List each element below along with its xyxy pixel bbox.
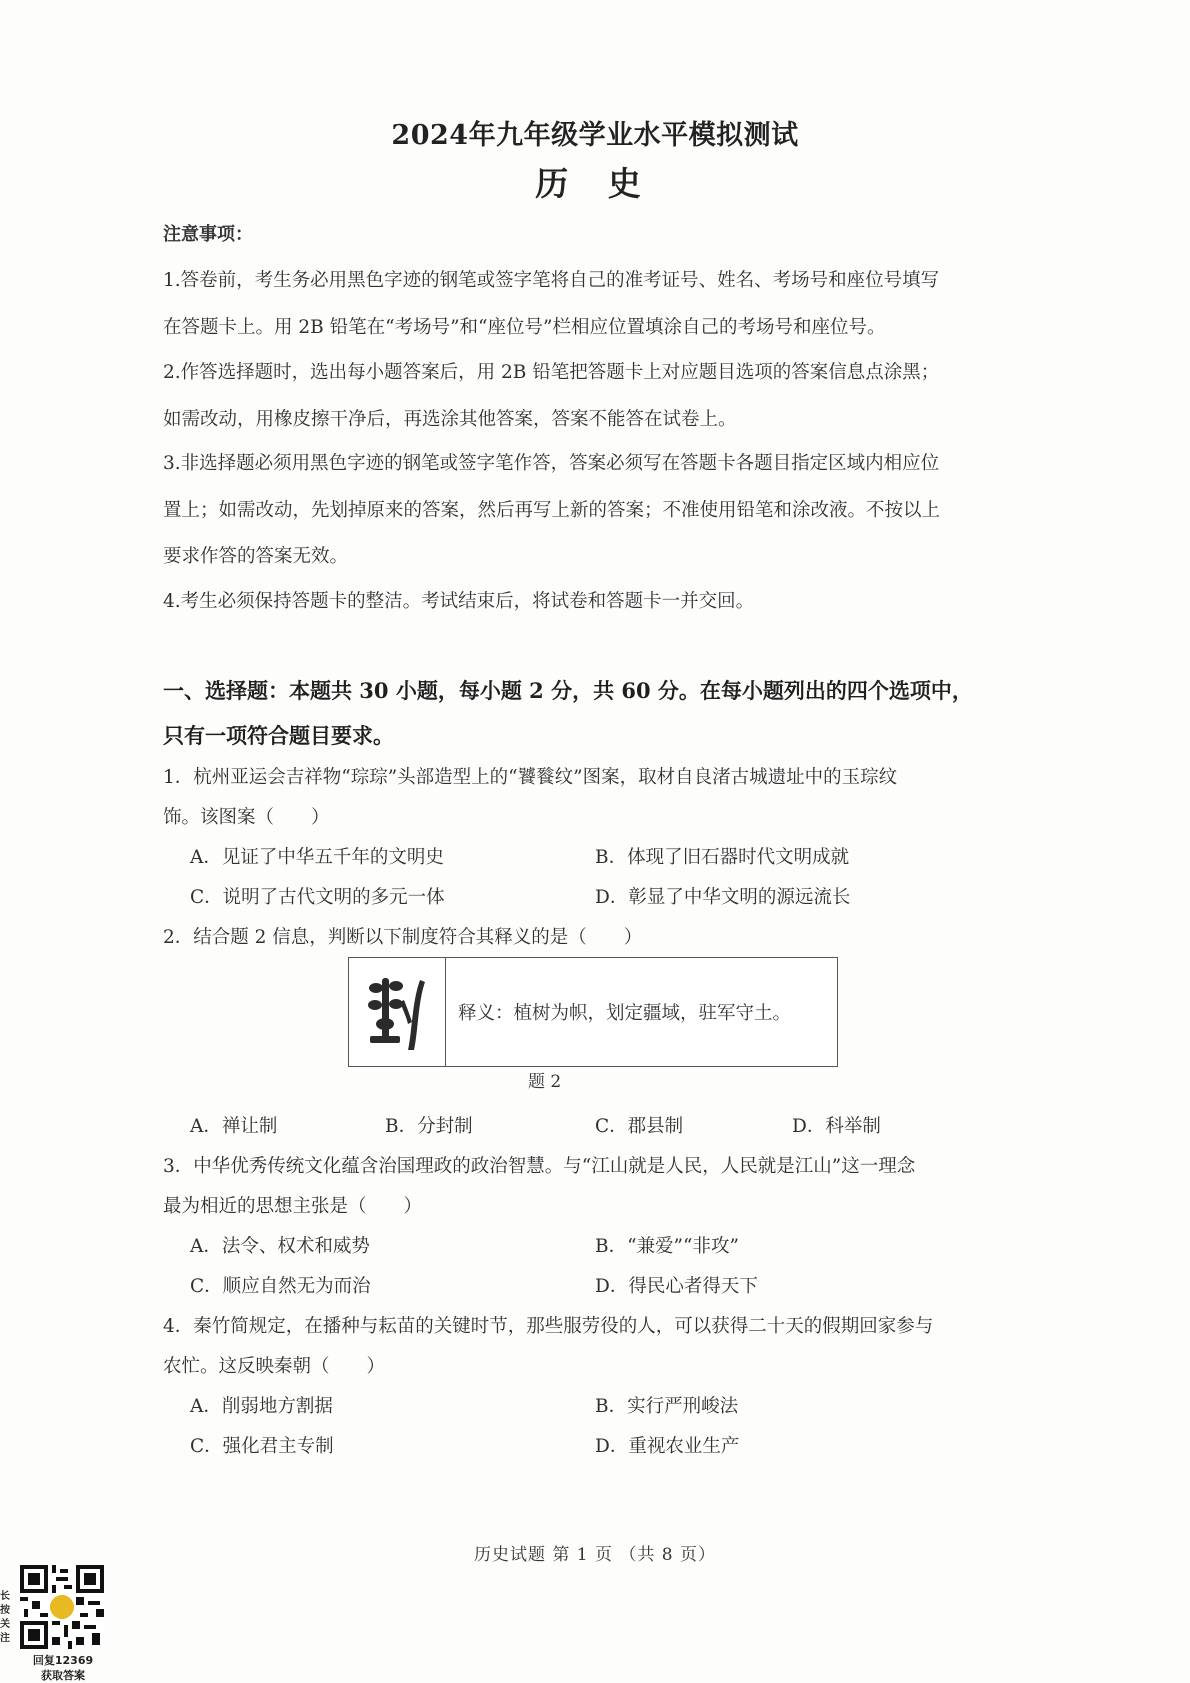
question-3-stem: 3．中华优秀传统文化蕴含治国理政的政治智慧。与“江山就是人民，人民就是江山”这一… [163, 1152, 915, 1178]
notice-line: 要求作答的答案无效。 [163, 542, 348, 568]
glyph-definition: 释义：植树为帜，划定疆域，驻军守土。 [446, 958, 837, 1066]
subject-title: 历 史 [0, 158, 1190, 205]
question-3-option-c: C．顺应自然无为而治 [190, 1272, 371, 1298]
question-1-option-a: A．见证了中华五千年的文明史 [190, 843, 444, 869]
question-4-option-d: D．重视农业生产 [595, 1432, 739, 1458]
question-4-stem: 农忙。这反映秦朝（ ） [163, 1352, 385, 1378]
notice-line: 如需改动，用橡皮擦干净后，再选涂其他答案，答案不能答在试卷上。 [163, 405, 737, 431]
notice-line: 2.作答选择题时，选出每小题答案后，用 2B 铅笔把答题卡上对应题目选项的答案信… [163, 358, 939, 384]
question-2-option-b: B．分封制 [385, 1112, 473, 1138]
qr-caption: 回复12369 [18, 1652, 108, 1668]
notice-line: 3.非选择题必须用黑色字迹的钢笔或签字笔作答，答案必须写在答题卡各题目指定区域内… [163, 449, 939, 475]
notice-line: 置上；如需改动，先划掉原来的答案，然后再写上新的答案；不准使用铅笔和涂改液。不按… [163, 496, 940, 522]
section-heading: 只有一项符合题目要求。 [163, 720, 394, 750]
question-3-option-d: D．得民心者得天下 [595, 1272, 758, 1298]
question-2-option-d: D．科举制 [792, 1112, 881, 1138]
question-4-option-b: B．实行严刑峻法 [595, 1392, 738, 1418]
question-3-stem: 最为相近的思想主张是（ ） [163, 1192, 422, 1218]
exam-title: 2024年九年级学业水平模拟测试 [0, 113, 1190, 152]
notice-line: 在答题卡上。用 2B 铅笔在“考场号”和“座位号”栏相应位置填涂自己的考场号和座… [163, 313, 885, 339]
notice-heading: 注意事项： [163, 220, 253, 246]
question-1-option-d: D．彰显了中华文明的源远流长 [595, 883, 850, 909]
question-2-figure: 释义：植树为帜，划定疆域，驻军守土。 [348, 957, 838, 1067]
question-3-option-a: A．法令、权术和威势 [190, 1232, 370, 1258]
notice-line: 4.考生必须保持答题卡的整洁。考试结束后，将试卷和答题卡一并交回。 [163, 587, 754, 613]
qr-side-label: 长按关注 [0, 1590, 14, 1646]
question-1-option-b: B．体现了旧石器时代文明成就 [595, 843, 849, 869]
section-heading: 一、选择题：本题共 30 小题，每小题 2 分，共 60 分。在每小题列出的四个… [163, 675, 973, 705]
seal-script-glyph-icon [349, 958, 446, 1066]
question-4-option-c: C．强化君主专制 [190, 1432, 334, 1458]
question-2-option-a: A．禅让制 [190, 1112, 277, 1138]
question-4-option-a: A．削弱地方割据 [190, 1392, 333, 1418]
notice-line: 1.答卷前，考生务必用黑色字迹的钢笔或签字笔将自己的准考证号、姓名、考场号和座位… [163, 266, 939, 292]
qr-code-icon[interactable] [20, 1565, 104, 1649]
question-4-stem: 4．秦竹简规定，在播种与耘苗的关键时节，那些服劳役的人，可以获得二十天的假期回家… [163, 1312, 933, 1338]
question-1-stem: 1．杭州亚运会吉祥物“琮琮”头部造型上的“饕餮纹”图案，取材自良渚古城遗址中的玉… [163, 763, 897, 789]
question-2-stem: 2．结合题 2 信息，判断以下制度符合其释义的是（ ） [163, 923, 642, 949]
question-1-stem: 饰。该图案（ ） [163, 803, 330, 829]
question-1-option-c: C．说明了古代文明的多元一体 [190, 883, 445, 909]
question-2-option-c: C．郡县制 [595, 1112, 683, 1138]
page-footer: 历史试题 第 1 页 （共 8 页） [0, 1540, 1190, 1565]
question-3-option-b: B．“兼爱”“非攻” [595, 1232, 739, 1258]
qr-caption: 获取答案 [18, 1667, 108, 1683]
figure-caption: 题 2 [528, 1067, 561, 1092]
